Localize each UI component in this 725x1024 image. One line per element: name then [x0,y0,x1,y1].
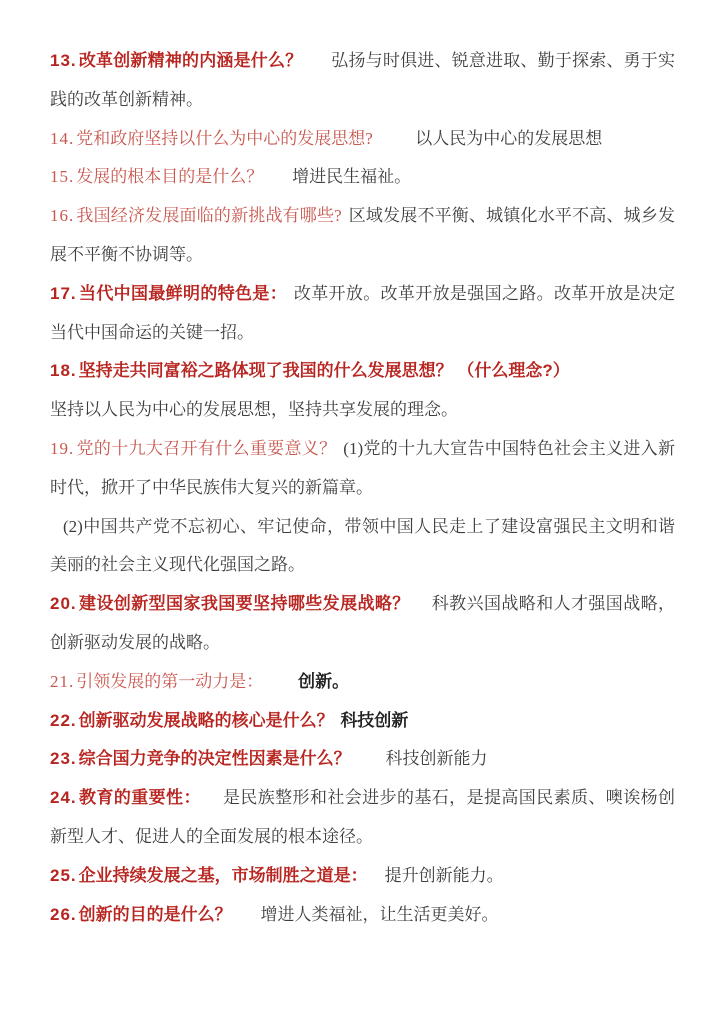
question-22: 22.创新驱动发展战略的核心是什么？ [50,711,334,730]
item-number: 18. [50,361,77,380]
question-text: 坚持走共同富裕之路体现了我国的什么发展思想？ （什么理念?） [79,361,570,380]
question-text: 党和政府坚持以什么为中心的发展思想? [76,129,373,148]
item-number: 23. [50,749,77,768]
item-number: 26. [50,905,77,924]
question-14: 14.党和政府坚持以什么为中心的发展思想? [50,129,373,148]
qa-item-24: 24.教育的重要性：是民族整形和社会进步的基石，是提高国民素质、噢诶杨创新型人才… [50,779,675,857]
item-number: 16. [50,206,74,225]
answer-text: 科技创新能力 [385,749,487,768]
qa-item-21: 21.引领发展的第一动力是：创新。 [50,663,675,702]
question-text: 综合国力竞争的决定性因素是什么？ [79,749,351,768]
question-23: 23.综合国力竞争的决定性因素是什么？ [50,749,351,768]
answer-text-part2: (2)中国共产党不忘初心、牢记使命，带领中国人民走上了建设富强民主文明和谐美丽的… [50,508,675,586]
question-text: 改革创新精神的内涵是什么？ [79,51,303,70]
question-20: 20.建设创新型国家我国要坚持哪些发展战略？ [50,594,410,613]
question-text: 发展的根本目的是什么？ [76,167,263,186]
item-number: 22. [50,711,77,730]
question-19: 19.党的十九大召开有什么重要意义？ [50,439,337,458]
question-18: 18.坚持走共同富裕之路体现了我国的什么发展思想？ （什么理念?） [50,361,570,380]
question-text: 教育的重要性： [79,788,201,807]
question-text: 创新的目的是什么？ [79,905,232,924]
item-number: 20. [50,594,77,613]
qa-item-13: 13.改革创新精神的内涵是什么？弘扬与时俱进、锐意进取、勤于探索、勇于实践的改革… [50,42,675,120]
question-text: 当代中国最鲜明的特色是： [79,284,287,303]
qa-item-22: 22.创新驱动发展战略的核心是什么？科技创新 [50,702,675,741]
question-text: 我国经济发展面临的新挑战有哪些? [76,206,341,225]
qa-document-page: 13.改革创新精神的内涵是什么？弘扬与时俱进、锐意进取、勤于探索、勇于实践的改革… [0,0,725,934]
answer-text: 以人民为中心的发展思想 [415,129,602,148]
question-25: 25.企业持续发展之基，市场制胜之道是： [50,866,368,885]
question-text: 引领发展的第一动力是： [76,672,263,691]
answer-text: 创新。 [298,672,349,691]
item-number: 14. [50,129,74,148]
question-26: 26.创新的目的是什么？ [50,905,232,924]
question-text: 建设创新型国家我国要坚持哪些发展战略？ [79,594,410,613]
question-13: 13.改革创新精神的内涵是什么？ [50,51,302,70]
qa-item-26: 26.创新的目的是什么？增进人类福祉，让生活更美好。 [50,896,675,935]
question-15: 15.发展的根本目的是什么？ [50,167,263,186]
answer-text: 坚持以人民为中心的发展思想，坚持共享发展的理念。 [50,391,675,430]
qa-item-16: 16.我国经济发展面临的新挑战有哪些?区域发展不平衡、城镇化水平不高、城乡发展不… [50,197,675,275]
qa-item-18: 18.坚持走共同富裕之路体现了我国的什么发展思想？ （什么理念?）坚持以人民为中… [50,352,675,430]
qa-item-19: 19.党的十九大召开有什么重要意义？(1)党的十九大宣告中国特色社会主义进入新时… [50,430,675,585]
question-text: 企业持续发展之基，市场制胜之道是： [79,866,368,885]
qa-item-14: 14.党和政府坚持以什么为中心的发展思想?以人民为中心的发展思想 [50,120,675,159]
item-number: 25. [50,866,77,885]
qa-item-25: 25.企业持续发展之基，市场制胜之道是：提升创新能力。 [50,857,675,896]
question-text: 创新驱动发展战略的核心是什么？ [79,711,334,730]
item-number: 24. [50,788,77,807]
question-17: 17.当代中国最鲜明的特色是： [50,284,287,303]
item-number: 19. [50,439,74,458]
question-text: 党的十九大召开有什么重要意义？ [76,439,336,458]
question-21: 21.引领发展的第一动力是： [50,672,263,691]
qa-item-23: 23.综合国力竞争的决定性因素是什么？科技创新能力 [50,740,675,779]
item-number: 17. [50,284,77,303]
answer-text: 增进人类福祉，让生活更美好。 [261,905,499,924]
item-number: 21. [50,672,74,691]
answer-text: 增进民生福祉。 [292,167,411,186]
question-16: 16.我国经济发展面临的新挑战有哪些? [50,206,342,225]
item-number: 15. [50,167,74,186]
qa-item-20: 20.建设创新型国家我国要坚持哪些发展战略？科教兴国战略和人才强国战略，创新驱动… [50,585,675,663]
qa-item-15: 15.发展的根本目的是什么？增进民生福祉。 [50,158,675,197]
answer-text: 提升创新能力。 [385,866,504,885]
item-number: 13. [50,51,77,70]
question-24: 24.教育的重要性： [50,788,201,807]
answer-text: 科技创新 [340,711,408,730]
qa-item-17: 17.当代中国最鲜明的特色是：改革开放。改革开放是强国之路。改革开放是决定当代中… [50,275,675,353]
